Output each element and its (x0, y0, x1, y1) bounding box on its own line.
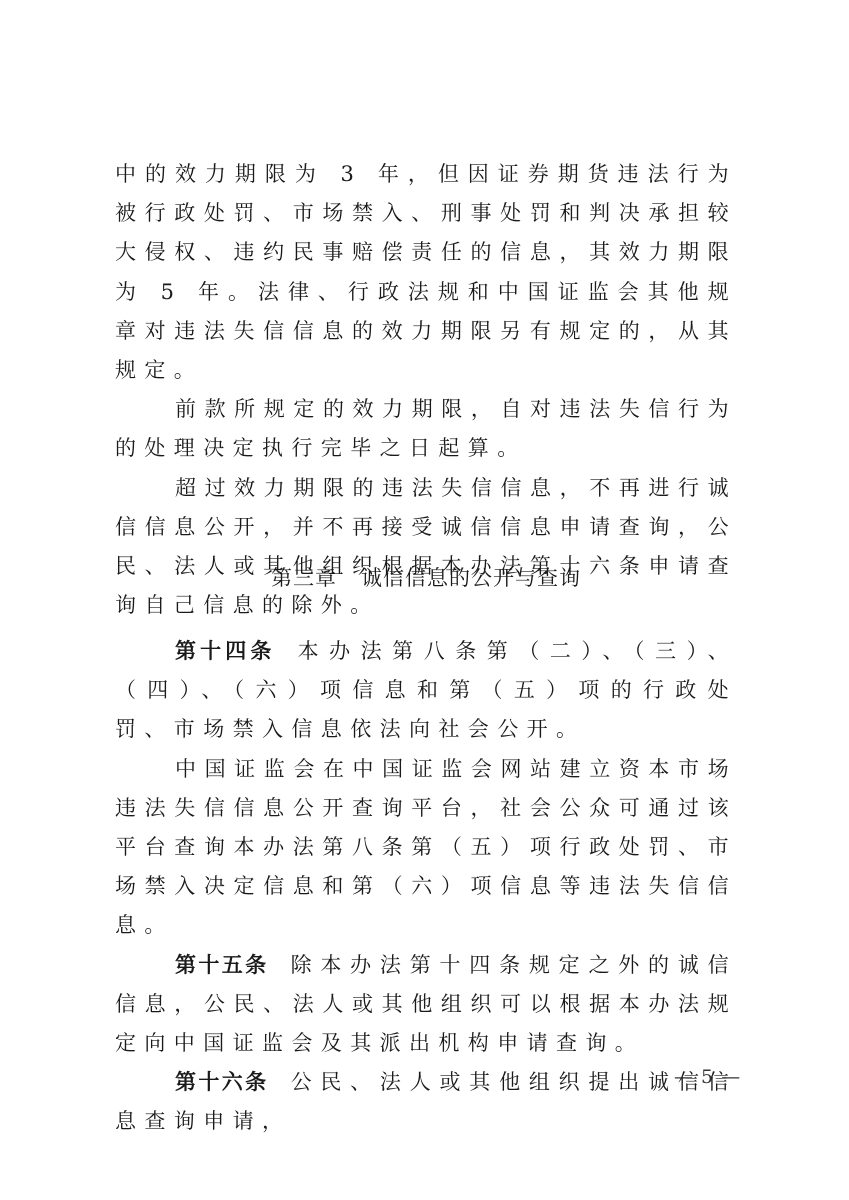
paragraph-effective-period: 中的效力期限为 3 年，但因证券期货违法行为被行政处罚、市场禁入、刑事处罚和判决… (115, 155, 737, 390)
paragraphs-before-chapter: 中的效力期限为 3 年，但因证券期货违法行为被行政处罚、市场禁入、刑事处罚和判决… (115, 155, 737, 625)
chapter-title: 诚信信息的公开与查询 (361, 566, 581, 590)
article-text: 中国证监会在中国证监会网站建立资本市场违法失信信息公开查询平台，社会公众可通过该… (115, 757, 737, 938)
articles: 第十四条本办法第八条第（二）、（三）、（四）、（六）项信息和第（五）项的行政处罚… (115, 632, 737, 1142)
article-14-paragraph-2: 中国证监会在中国证监会网站建立资本市场违法失信信息公开查询平台，社会公众可通过该… (115, 750, 737, 946)
paragraph-period-start: 前款所规定的效力期限，自对违法失信行为的处理决定执行完毕之日起算。 (115, 390, 737, 468)
article-number: 第十四条 (175, 639, 276, 663)
chapter-number: 第三章 (271, 566, 337, 590)
article-15: 第十五条除本办法第十四条规定之外的诚信信息，公民、法人或其他组织可以根据本办法规… (115, 946, 737, 1064)
article-16: 第十六条公民、法人或其他组织提出诚信信息查询申请， (115, 1063, 737, 1141)
article-number: 第十六条 (175, 1070, 269, 1094)
page-number: — 5 — (674, 1066, 741, 1088)
chapter-heading: 第三章诚信信息的公开与查询 (115, 563, 737, 593)
article-number: 第十五条 (175, 953, 269, 977)
paragraph-expired-info: 超过效力期限的违法失信信息，不再进行诚信信息公开，并不再接受诚信信息申请查询，公… (115, 469, 737, 626)
article-14: 第十四条本办法第八条第（二）、（三）、（四）、（六）项信息和第（五）项的行政处罚… (115, 632, 737, 750)
